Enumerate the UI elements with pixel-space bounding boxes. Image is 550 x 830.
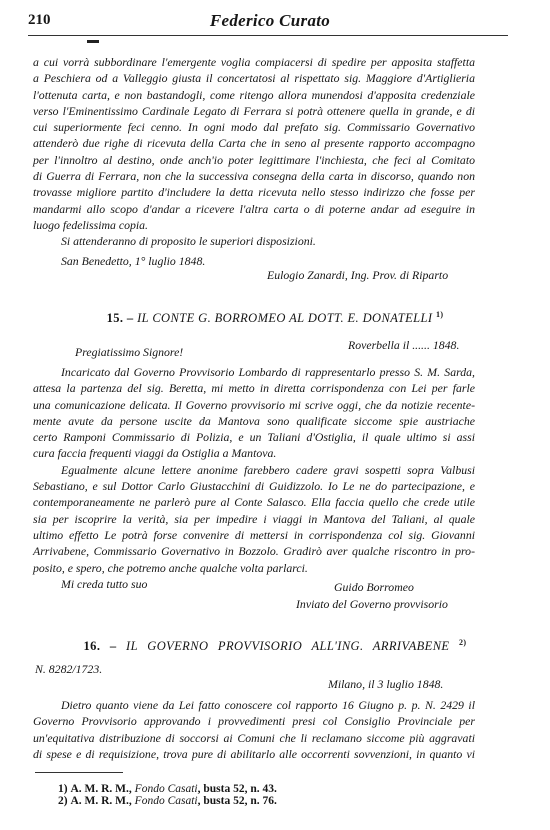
text-line: l'ottenuta carta, e non bastandogli, com… xyxy=(33,87,475,103)
text-line: una comunicazione delicata. Il Governo p… xyxy=(33,397,475,413)
prev-letter-text: a cui vorrà subbordinare l'emergente vog… xyxy=(33,54,475,250)
footnote-archive: A. M. R. M., xyxy=(70,783,131,795)
text-line: Incaricato dal Governo Provvisorio Lomba… xyxy=(33,364,475,380)
letter-heading-15: 15. – IL CONTE G. BORROMEO AL DOTT. E. D… xyxy=(0,310,550,326)
letter16-body: Dietro quanto viene da Lei fatto conosce… xyxy=(33,697,475,762)
footnote-2: 2) A. M. R. M., Fondo Casati, busta 52, … xyxy=(58,795,277,807)
text-line: posito, e spero, che potremo anche qualc… xyxy=(33,560,475,576)
text-line: attenderò due righe di ricevuta della Ca… xyxy=(33,135,475,151)
signature: Eulogio Zanardi, Ing. Prov. di Riparto xyxy=(267,268,448,283)
footnote-rest: , busta 52, n. 43. xyxy=(198,783,277,795)
text-line: trovasse migliore partito d'includere la… xyxy=(33,184,475,200)
protocol-number: N. 8282/1723. xyxy=(35,662,102,677)
footnote-fund: Fondo Casati xyxy=(135,783,198,795)
text-line: cui superiormente feci cenno. In ogni mo… xyxy=(33,119,475,135)
closing-line: Si attenderanno di proposito le superior… xyxy=(33,233,475,249)
place-date: San Benedetto, 1° luglio 1848. xyxy=(61,254,205,269)
text-line: a cui vorrà subbordinare l'emergente vog… xyxy=(33,54,475,70)
text-line: mente avute da persone uscite da Mantova… xyxy=(33,413,475,429)
salutation: Pregiatissimo Signore! xyxy=(75,345,183,360)
text-line: a Peschiera od a Valleggio giusta il con… xyxy=(33,70,475,86)
page-header: 210 Federico Curato xyxy=(28,6,512,36)
place-date: Milano, il 3 luglio 1848. xyxy=(328,677,443,692)
place-date: Roverbella il ...... 1848. xyxy=(348,338,459,353)
text-line: ultimo effetto Le potrà forse convenire … xyxy=(33,527,475,543)
footnote-fund: Fondo Casati xyxy=(135,795,198,807)
footnote-ref[interactable]: 1) xyxy=(436,310,443,319)
text-line: Governo Provvisorio approvando i provved… xyxy=(33,713,475,729)
text-line: sia per iscoprire la verità, sia per imp… xyxy=(33,511,475,527)
signature-title: Inviato del Governo provvisorio xyxy=(296,597,448,612)
text-line: verso l'Eminentissimo Cardinale Legato d… xyxy=(33,103,475,119)
text-line: per l'innoltro al destino, onde anch'io … xyxy=(33,152,475,168)
text-line: Egualmente alcune lettere anonime farebb… xyxy=(33,462,475,478)
footnote-rule xyxy=(35,772,123,773)
text-line: contemporaneamente ne parlerò pure al Co… xyxy=(33,494,475,510)
text-line: di Guerra di Ferrara, non che la success… xyxy=(33,168,475,184)
header-rule xyxy=(28,35,508,36)
text-line: Dietro quanto viene da Lei fatto conosce… xyxy=(33,697,475,713)
footnote-mark: 1) xyxy=(58,783,68,795)
text-line: certo Ramponi Commissario di Polizia, e … xyxy=(33,429,475,445)
footnote-1: 1) A. M. R. M., Fondo Casati, busta 52, … xyxy=(58,780,277,795)
text-line: Sebastiano, e sul Dottor Carlo Giustacch… xyxy=(33,478,475,494)
text-line: luogo fedelissima copia. xyxy=(33,217,475,233)
text-line: mandarmi allo scopo d'andar a ricevere l… xyxy=(33,201,475,217)
running-head: Federico Curato xyxy=(28,11,512,31)
text-line: Arrivabene, Commissario Governativo in B… xyxy=(33,543,475,559)
text-line: cura faccia frequenti viaggi da Ostiglia… xyxy=(33,445,475,461)
letter-heading-16: 16. – IL GOVERNO PROVVISORIO ALL'ING. AR… xyxy=(0,638,550,654)
text-line: attesa la partenza del sig. Beretta, mi … xyxy=(33,380,475,396)
footnote-archive: A. M. R. M., xyxy=(70,795,131,807)
signature-name: Guido Borromeo xyxy=(334,580,414,595)
text-line: di spese e di requisizione, trova pure d… xyxy=(33,746,475,762)
footnote-mark: 2) xyxy=(58,795,68,807)
print-mark xyxy=(87,40,99,43)
letter15-body: Incaricato dal Governo Provvisorio Lomba… xyxy=(33,364,475,592)
footnote-ref[interactable]: 2) xyxy=(459,638,466,647)
book-page: 210 Federico Curato a cui vorrà subbordi… xyxy=(0,0,550,830)
text-line: un'equitativa distribuzione di soccorsi … xyxy=(33,730,475,746)
footnote-rest: , busta 52, n. 76. xyxy=(198,795,277,807)
